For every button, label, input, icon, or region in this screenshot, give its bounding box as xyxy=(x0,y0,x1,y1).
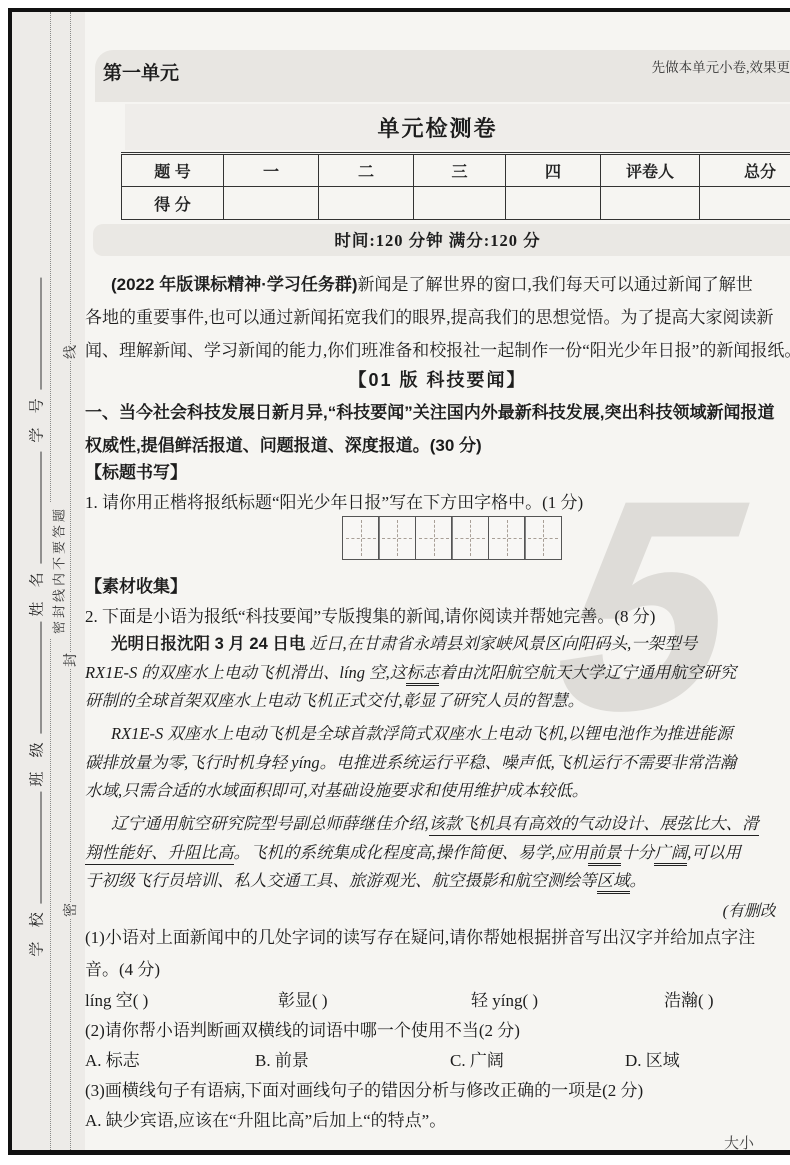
news-p1-l3-a: 研制的全球首架双座水上电动飞机正式交付, xyxy=(85,691,403,710)
news-source-note: (有删改 xyxy=(576,898,776,921)
option-b-qianjing[interactable]: B. 前景 xyxy=(255,1046,450,1071)
underlined-sentence-part-1: 该款飞机具有高效的气动设计、展弦比大、滑 xyxy=(429,814,759,836)
subquestion-1-line-1: (1)小语对上面新闻中的几处字词的读写存在疑问,请你帮她根据拼音写出汉字并给加点… xyxy=(85,922,790,954)
subquestion-2: (2)请你帮小语判断画双横线的词语中哪一个使用不当(2 分) xyxy=(85,1016,790,1041)
news-paragraph-1: 光明日报沈阳 3 月 24 日电 近日,在甘肃省永靖县刘家峡风景区向阳码头,一架… xyxy=(85,630,790,716)
news-p2-line-3: 水域,只需合适的水域面积即可,对基础设施要求和使用维护成本较低。 xyxy=(85,777,790,806)
news-p3-l2-f: ,可以用 xyxy=(687,843,741,862)
subquestion-3: (3)画横线句子有语病,下面对画线句子的错因分析与修改正确的一项是(2 分) xyxy=(85,1076,790,1101)
seal-dotted-line-outer xyxy=(70,12,71,1150)
news-p1-line-2: RX1E-S 的双座水上电动飞机滑出、líng 空,这标志着由沈阳航空航天大学辽… xyxy=(85,659,790,688)
double-underline-guangkuo: 广阔 xyxy=(654,843,687,866)
section-one-stem: 一、当今社会科技发展日新月异,“科技要闻”关注国内外最新科技发展,突出科技领域新… xyxy=(85,396,790,462)
exam-main-area: 5 第一单元 先做本单元小卷,效果更 单元检测卷 题 号 一 二 三 四 评卷人… xyxy=(85,12,790,1150)
score-cell-1[interactable] xyxy=(224,187,319,220)
intro-line-1-rest: 新闻是了解世界的窗口,我们每天可以通过新闻了解世 xyxy=(358,275,753,294)
news-p1-l2-a: RX1E-S 的双座水上电动飞机滑出、líng 空,这 xyxy=(85,663,406,682)
news-p1-line-1: 光明日报沈阳 3 月 24 日电 近日,在甘肃省永靖县刘家峡风景区向阳码头,一架… xyxy=(85,630,790,659)
student-number-label: 学 号 xyxy=(26,393,47,442)
intro-paragraph: (2022 年版课标精神·学习任务群)新闻是了解世界的窗口,我们每天可以通过新闻… xyxy=(85,268,790,367)
pinyin-item-lingkong[interactable]: líng 空( ) xyxy=(85,986,278,1011)
class-field: 班 级 xyxy=(26,621,47,786)
student-number-blank[interactable] xyxy=(38,277,42,389)
news-p1-line-3: 研制的全球首架双座水上电动飞机正式交付,彰显了研究人员的智慧。 xyxy=(85,687,790,716)
double-underline-qianjing: 前景 xyxy=(588,843,621,866)
tianzige-cell[interactable] xyxy=(524,516,562,560)
school-label: 学 校 xyxy=(26,907,47,956)
score-cell-total[interactable] xyxy=(700,187,790,220)
score-th-grader: 评卷人 xyxy=(601,154,700,187)
news-paragraph-2: RX1E-S 双座水上电动飞机是全球首款浮筒式双座水上电动飞机,以锂电池作为推进… xyxy=(85,720,790,806)
scanned-exam-sheet: 学 号 姓 名 班 级 学 校 线 密封线内不要答题 封 密 5 第一单元 先做… xyxy=(0,0,790,1165)
score-th-total: 总分 xyxy=(700,154,790,187)
news-p3-l1-a: 辽宁通用航空研究院型号副总师薛继佳介绍, xyxy=(111,814,429,833)
tianzige-writing-grid[interactable] xyxy=(343,516,562,560)
score-table: 题 号 一 二 三 四 评卷人 总分 得 分 xyxy=(121,152,790,220)
subquestion-2-options: A. 标志 B. 前景 C. 广阔 D. 区域 xyxy=(85,1046,790,1071)
news-p3-l3-a: 于初级飞行员培训、私人交通工具、旅游观光、航空摄影和航空测绘等 xyxy=(85,871,597,890)
score-cell-grader[interactable] xyxy=(601,187,700,220)
student-name-label: 姓 名 xyxy=(26,567,47,616)
school-field: 学 校 xyxy=(26,791,47,956)
news-paragraph-3: 辽宁通用航空研究院型号副总师薛继佳介绍,该款飞机具有高效的气动设计、展弦比大、滑… xyxy=(85,810,790,896)
class-blank[interactable] xyxy=(38,621,42,733)
news-p2-line-2: 碳排放量为零,飞行时机身轻 yíng。电推进系统运行平稳、噪声低,飞机运行不需要… xyxy=(85,749,790,778)
intro-lead-bold: (2022 年版课标精神·学习任务群) xyxy=(111,275,358,294)
score-table-score-row: 得 分 xyxy=(122,187,790,220)
question-1-text: 1. 请你用正楷将报纸标题“阳光少年日报”写在下方田字格中。(1 分) xyxy=(85,488,790,513)
dotted-char-zhang: 彰 xyxy=(403,691,420,710)
underlined-sentence-part-2: 翔性能好、升阻比高 xyxy=(85,843,234,865)
subquestion-3-option-a: A. 缺少宾语,应该在“升阻比高”后加上“的特点”。 xyxy=(85,1106,790,1131)
tianzige-cell[interactable] xyxy=(378,516,416,560)
pinyin-item-haohan[interactable]: 浩瀚( ) xyxy=(664,986,714,1011)
page-title: 单元检测卷 xyxy=(85,112,790,143)
subsection-material-collection: 【素材收集】 xyxy=(85,572,790,597)
score-cell-3[interactable] xyxy=(414,187,506,220)
news-p1-l1-rest: 近日,在甘肃省永靖县刘家峡风景区向阳码头,一架型号 xyxy=(305,634,697,653)
score-th-section-2: 二 xyxy=(319,154,414,187)
subquestion-1: (1)小语对上面新闻中的几处字词的读写存在疑问,请你帮她根据拼音写出汉字并给加点… xyxy=(85,922,790,986)
student-number-field: 学 号 xyxy=(26,277,47,442)
pinyin-item-qingying[interactable]: 轻 yíng( ) xyxy=(471,986,664,1011)
dotted-char-han: 瀚 xyxy=(681,991,698,1010)
score-row-label: 得 分 xyxy=(122,187,224,220)
news-p3-line-1: 辽宁通用航空研究院型号副总师薛继佳介绍,该款飞机具有高效的气动设计、展弦比大、滑 xyxy=(85,810,790,839)
intro-line-1: (2022 年版课标精神·学习任务群)新闻是了解世界的窗口,我们每天可以通过新闻… xyxy=(85,268,790,301)
student-name-field: 姓 名 xyxy=(26,451,47,616)
score-cell-2[interactable] xyxy=(319,187,414,220)
option-a-biaozhi[interactable]: A. 标志 xyxy=(85,1046,255,1071)
intro-line-3: 闻、理解新闻、学习新闻的能力,你们班准备和校报社一起制作一份“阳光少年日报”的新… xyxy=(85,334,790,367)
paper-background: 学 号 姓 名 班 级 学 校 线 密封线内不要答题 封 密 5 第一单元 先做… xyxy=(12,12,790,1150)
score-th-section-1: 一 xyxy=(224,154,319,187)
tianzige-cell[interactable] xyxy=(488,516,526,560)
news-dateline: 光明日报沈阳 3 月 24 日电 xyxy=(111,635,305,653)
news-p3-l3-c: 。 xyxy=(630,871,647,890)
news-p2-line-1: RX1E-S 双座水上电动飞机是全球首款浮筒式双座水上电动飞机,以锂电池作为推进… xyxy=(85,720,790,749)
pinyin-item-zhangxian[interactable]: 彰显( ) xyxy=(278,986,471,1011)
score-cell-4[interactable] xyxy=(506,187,601,220)
top-margin-note: 先做本单元小卷,效果更 xyxy=(560,56,790,76)
seal-char-feng: 封 xyxy=(57,652,83,668)
pinyin-answer-row: líng 空( ) 彰显( ) 轻 yíng( ) 浩瀚( ) xyxy=(85,986,790,1011)
school-blank[interactable] xyxy=(38,791,42,903)
seal-margin-sidebar: 学 号 姓 名 班 级 学 校 线 密封线内不要答题 封 密 xyxy=(12,12,85,1150)
score-th-section-4: 四 xyxy=(506,154,601,187)
seal-char-mi: 密 xyxy=(57,902,83,918)
seal-note-text: 密封线内不要答题 xyxy=(49,502,68,638)
subquestion-1-line-2: 音。(4 分) xyxy=(85,954,790,986)
score-table-header-row: 题 号 一 二 三 四 评卷人 总分 xyxy=(122,154,790,187)
pinyin-item-haohan-paren: ( ) xyxy=(698,991,714,1010)
tianzige-cell[interactable] xyxy=(342,516,380,560)
option-c-guangkuo[interactable]: C. 广阔 xyxy=(450,1046,625,1071)
pinyin-item-hao: 浩 xyxy=(664,991,681,1010)
option-d-quyu[interactable]: D. 区域 xyxy=(625,1046,680,1071)
page-border-bottom xyxy=(8,1150,790,1155)
news-p3-l2-b: 。飞机的系统集成化程度高,操作简便、易学,应用 xyxy=(234,843,589,862)
time-fullmarks-line: 时间:120 分钟 满分:120 分 xyxy=(85,227,790,251)
double-underline-quyu: 区域 xyxy=(597,871,630,894)
stem-line-1: 一、当今社会科技发展日新月异,“科技要闻”关注国内外最新科技发展,突出科技领域新… xyxy=(85,396,790,429)
news-p1-l3-c: 显了研究人员的智慧。 xyxy=(419,691,584,710)
news-p3-line-3: 于初级飞行员培训、私人交通工具、旅游观光、航空摄影和航空测绘等区域。 xyxy=(85,867,790,896)
pinyin-item-zhangxian-rest: 显( ) xyxy=(295,991,328,1010)
seal-char-xian: 线 xyxy=(57,344,83,360)
class-label: 班 级 xyxy=(26,737,47,786)
footer-page-note: 大小 xyxy=(634,1132,754,1150)
question-2-text: 2. 下面是小语为报纸“科技要闻”专版搜集的新闻,请你阅读并帮她完善。(8 分) xyxy=(85,602,790,627)
student-name-blank[interactable] xyxy=(38,451,42,563)
news-p3-line-2: 翔性能好、升阻比高。飞机的系统集成化程度高,操作简便、易学,应用前景十分广阔,可… xyxy=(85,839,790,868)
tianzige-cell[interactable] xyxy=(415,516,453,560)
news-p3-l2-d: 十分 xyxy=(621,843,654,862)
score-th-section-3: 三 xyxy=(414,154,506,187)
dotted-char-zhang-2: 彰 xyxy=(278,991,295,1010)
intro-line-2: 各地的重要事件,也可以通过新闻拓宽我们的眼界,提高我们的思想觉悟。为了提高大家阅… xyxy=(85,301,790,334)
tianzige-cell[interactable] xyxy=(451,516,489,560)
section-banner: 【01 版 科技要闻】 xyxy=(85,366,790,392)
double-underline-biaozhi: 标志 xyxy=(406,663,439,686)
subsection-title-writing: 【标题书写】 xyxy=(85,458,790,483)
score-th-question-number: 题 号 xyxy=(122,154,224,187)
news-p1-l2-c: 着由沈阳航空航天大学辽宁通用航空研究 xyxy=(439,663,736,682)
